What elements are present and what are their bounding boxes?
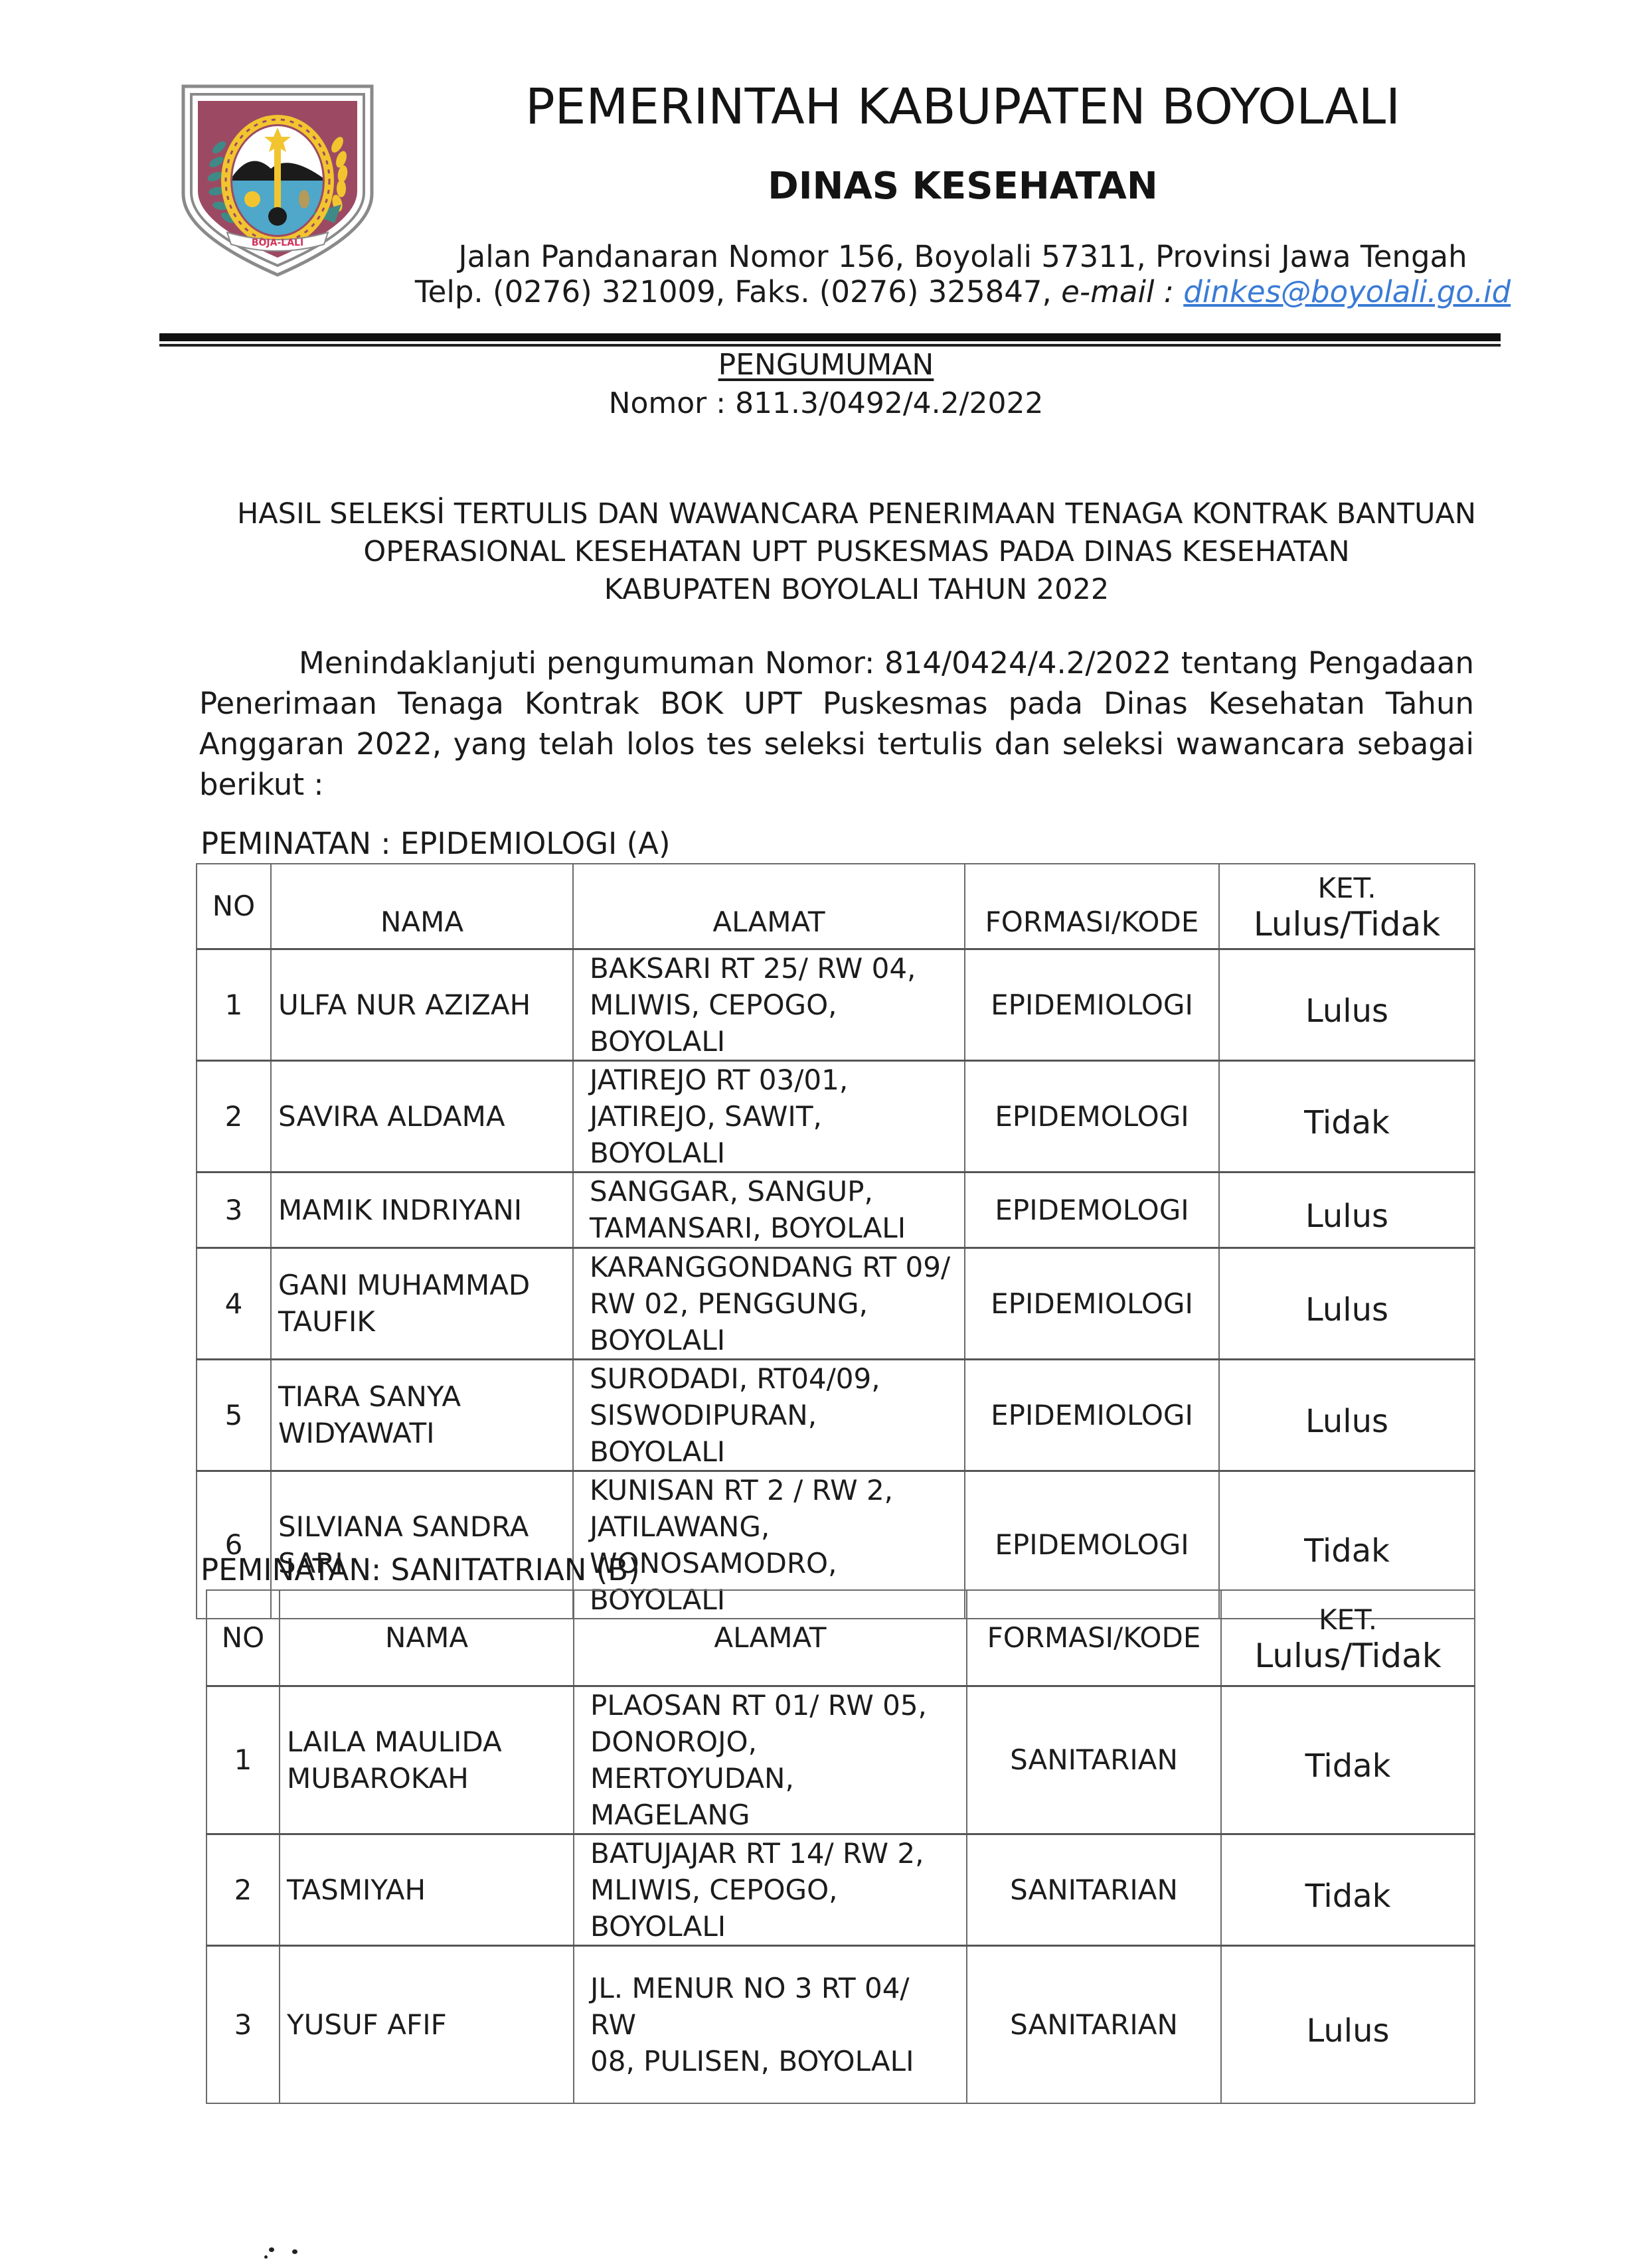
agency-contact: Telp. (0276) 321009, Faks. (0276) 325847… [398,274,1527,309]
phone-fax: Telp. (0276) 321009, Faks. (0276) 325847… [415,274,1052,309]
cell-alamat-line: 08, PULISEN, BOYOLALI [590,2043,962,2079]
cell-formasi: EPIDEMOLOGI [965,1060,1219,1172]
cell-alamat-line: JATIREJO RT 03/01, [590,1062,960,1098]
cell-alamat-line: PLAOSAN RT 01/ RW 05, [590,1687,962,1724]
subject-line: HASIL SELEKSİ TERTULIS DAN WAWANCARA PEN… [166,495,1547,533]
table-body: 1LAILA MAULIDAMUBAROKAHPLAOSAN RT 01/ RW… [206,1686,1475,2103]
cell-formasi: SANITARIAN [967,1834,1221,1945]
subject-line: KABUPATEN BOYOLALI TAHUN 2022 [166,571,1547,609]
cell-nama: TASMIYAH [280,1834,574,1945]
header-formasi: FORMASI/KODE [965,864,1219,949]
subject-line: OPERASIONAL KESEHATAN UPT PUSKESMAS PADA… [166,533,1547,571]
table-row: 5TIARA SANYAWIDYAWATISURODADI, RT04/09,S… [197,1359,1475,1471]
cell-alamat: BAKSARI RT 25/ RW 04,MLIWIS, CEPOGO,BOYO… [573,949,965,1060]
header-alamat: ALAMAT [574,1590,967,1686]
letterhead-divider-thin [159,344,1501,347]
cell-nama-line: TIARA SANYA [278,1378,572,1415]
header-no: NO [197,864,271,949]
letterhead-divider-thick [159,333,1501,341]
cell-ket: Lulus [1219,1172,1475,1248]
header-formasi: FORMASI/KODE [967,1590,1221,1686]
cell-nama: LAILA MAULIDAMUBAROKAH [280,1686,574,1834]
cell-alamat: JATIREJO RT 03/01,JATIREJO, SAWIT, BOYOL… [573,1060,965,1172]
results-table-sanitarian: NO NAMA ALAMAT FORMASI/KODE KET. Lulus/T… [206,1589,1475,2104]
cell-alamat-line: MLIWIS, CEPOGO, [590,987,960,1023]
cell-alamat-line: BOYOLALI [590,1322,960,1358]
government-name: PEMERINTAH KABUPATEN BOYOLALI [398,78,1527,135]
table-body: 1ULFA NUR AZIZAHBAKSARI RT 25/ RW 04,MLI… [197,949,1475,1619]
cell-no: 4 [197,1248,271,1359]
cell-alamat-line: SANGGAR, SANGUP, [590,1173,960,1210]
cell-alamat: SURODADI, RT04/09,SISWODIPURAN, BOYOLALI [573,1359,965,1471]
scan-speck [292,2249,297,2254]
cell-alamat: SANGGAR, SANGUP,TAMANSARI, BOYOLALI [573,1172,965,1248]
cell-no: 1 [197,949,271,1060]
agency-name: DINAS KESEHATAN [398,165,1527,208]
cell-no: 1 [206,1686,280,1834]
cell-nama-line: ULFA NUR AZIZAH [278,987,572,1023]
cell-alamat: JL. MENUR NO 3 RT 04/ RW08, PULISEN, BOY… [574,1945,967,2103]
cell-alamat-line: JL. MENUR NO 3 RT 04/ RW [590,1970,962,2043]
cell-nama-line: SAVIRA ALDAMA [278,1098,572,1135]
cell-nama-line: MAMIK INDRIYANI [278,1192,572,1228]
table-row: 2SAVIRA ALDAMAJATIREJO RT 03/01,JATIREJO… [197,1060,1475,1172]
cell-ket: Lulus [1221,1945,1475,2103]
table-row: 2TASMIYAHBATUJAJAR RT 14/ RW 2,MLIWIS, C… [206,1834,1475,1945]
cell-ket: Tidak [1221,1686,1475,1834]
cell-alamat-line: JATIREJO, SAWIT, BOYOLALI [590,1098,960,1171]
cell-nama-line: WIDYAWATI [278,1415,572,1451]
cell-nama: MAMIK INDRIYANI [271,1172,573,1248]
email-link[interactable]: dinkes@boyolali.go.id [1183,274,1511,309]
cell-ket: Lulus [1219,949,1475,1060]
cell-alamat-line: MAGELANG [590,1797,962,1833]
results-table-epidemiologi: NO NAMA ALAMAT FORMASI/KODE KET. Lulus/T… [196,863,1475,1619]
cell-nama: YUSUF AFIF [280,1945,574,2103]
cell-alamat: KARANGGONDANG RT 09/RW 02, PENGGUNG,BOYO… [573,1248,965,1359]
cell-formasi: EPIDEMIOLOGI [965,949,1219,1060]
cell-alamat-line: BATUJAJAR RT 14/ RW 2, [590,1835,962,1872]
cell-nama-line: LAILA MAULIDA [287,1724,573,1760]
agency-address: Jalan Pandanaran Nomor 156, Boyolali 573… [398,239,1527,274]
shield-emblem-icon: BOJA-LALI [178,81,377,280]
cell-nama: ULFA NUR AZIZAH [271,949,573,1060]
cell-alamat-line: KARANGGONDANG RT 09/ [590,1249,960,1285]
cell-formasi: SANITARIAN [967,1686,1221,1834]
cell-alamat-line: RW 02, PENGGUNG, [590,1285,960,1322]
cell-nama-line: MUBAROKAH [287,1760,573,1797]
coat-of-arms-logo: BOJA-LALI [178,81,377,280]
scan-speck [264,2255,268,2259]
section-heading-epidemiologi: PEMINATAN : EPIDEMIOLOGI (A) [201,826,671,861]
table-row: 1LAILA MAULIDAMUBAROKAHPLAOSAN RT 01/ RW… [206,1686,1475,1834]
table-row: 3MAMIK INDRIYANISANGGAR, SANGUP,TAMANSAR… [197,1172,1475,1248]
cell-alamat: PLAOSAN RT 01/ RW 05,DONOROJO, MERTOYUDA… [574,1686,967,1834]
scan-speck [269,2247,274,2252]
cell-nama: GANI MUHAMMADTAUFIK [271,1248,573,1359]
cell-nama-line: TAUFIK [278,1303,572,1340]
header-nama: NAMA [271,864,573,949]
cell-nama-line: SILVIANA SANDRA [278,1508,572,1545]
cell-formasi: SANITARIAN [967,1945,1221,2103]
header-nama: NAMA [280,1590,574,1686]
cell-no: 3 [206,1945,280,2103]
header-alamat: ALAMAT [573,864,965,949]
cell-alamat-line: BAKSARI RT 25/ RW 04, [590,950,960,987]
cell-alamat-line: DONOROJO, MERTOYUDAN, [590,1724,962,1797]
cell-alamat-line: KUNISAN RT 2 / RW 2, [590,1472,960,1508]
email-label: e-mail : [1061,274,1174,309]
table-row: 4GANI MUHAMMADTAUFIKKARANGGONDANG RT 09/… [197,1248,1475,1359]
cell-nama-line: TASMIYAH [287,1872,573,1908]
header-ket: KET. Lulus/Tidak [1219,864,1475,949]
intro-text: Menindaklanjuti pengumuman Nomor: 814/04… [199,645,1474,802]
cell-nama-line: GANI MUHAMMAD [278,1267,572,1303]
header-ket: KET. Lulus/Tidak [1221,1590,1475,1686]
cell-alamat-line: MLIWIS, CEPOGO, BOYOLALI [590,1872,962,1945]
cell-ket: Tidak [1221,1834,1475,1945]
cell-ket: Lulus [1219,1248,1475,1359]
intro-paragraph: Menindaklanjuti pengumuman Nomor: 814/04… [199,643,1474,805]
announcement-subject: HASIL SELEKSİ TERTULIS DAN WAWANCARA PEN… [166,495,1547,609]
cell-alamat: BATUJAJAR RT 14/ RW 2,MLIWIS, CEPOGO, BO… [574,1834,967,1945]
svg-text:BOJA-LALI: BOJA-LALI [252,238,303,248]
cell-alamat-line: TAMANSARI, BOYOLALI [590,1210,960,1246]
cell-formasi: EPIDEMOLOGI [965,1172,1219,1248]
announcement-number: Nomor : 811.3/0492/4.2/2022 [0,386,1652,420]
cell-alamat-line: BOYOLALI [590,1023,960,1060]
cell-no: 2 [197,1060,271,1172]
cell-no: 2 [206,1834,280,1945]
table-header-row: NO NAMA ALAMAT FORMASI/KODE KET. Lulus/T… [197,864,1475,949]
section-heading-sanitarian: PEMINATAN: SANITATRIAN (B) [201,1552,640,1587]
cell-no: 5 [197,1359,271,1471]
cell-alamat-line: SISWODIPURAN, BOYOLALI [590,1397,960,1470]
cell-ket: Lulus [1219,1359,1475,1471]
cell-nama-line: YUSUF AFIF [287,2006,573,2043]
cell-formasi: EPIDEMIOLOGI [965,1359,1219,1471]
cell-nama: SAVIRA ALDAMA [271,1060,573,1172]
table-header-row: NO NAMA ALAMAT FORMASI/KODE KET. Lulus/T… [206,1590,1475,1686]
table-row: 1ULFA NUR AZIZAHBAKSARI RT 25/ RW 04,MLI… [197,949,1475,1060]
cell-no: 3 [197,1172,271,1248]
cell-nama: TIARA SANYAWIDYAWATI [271,1359,573,1471]
cell-alamat-line: JATILAWANG, [590,1508,960,1545]
cell-formasi: EPIDEMIOLOGI [965,1248,1219,1359]
cell-alamat-line: SURODADI, RT04/09, [590,1360,960,1397]
header-no: NO [206,1590,280,1686]
announcement-title: PENGUMUMAN [0,348,1652,382]
cell-ket: Tidak [1219,1060,1475,1172]
table-row: 3YUSUF AFIFJL. MENUR NO 3 RT 04/ RW08, P… [206,1945,1475,2103]
